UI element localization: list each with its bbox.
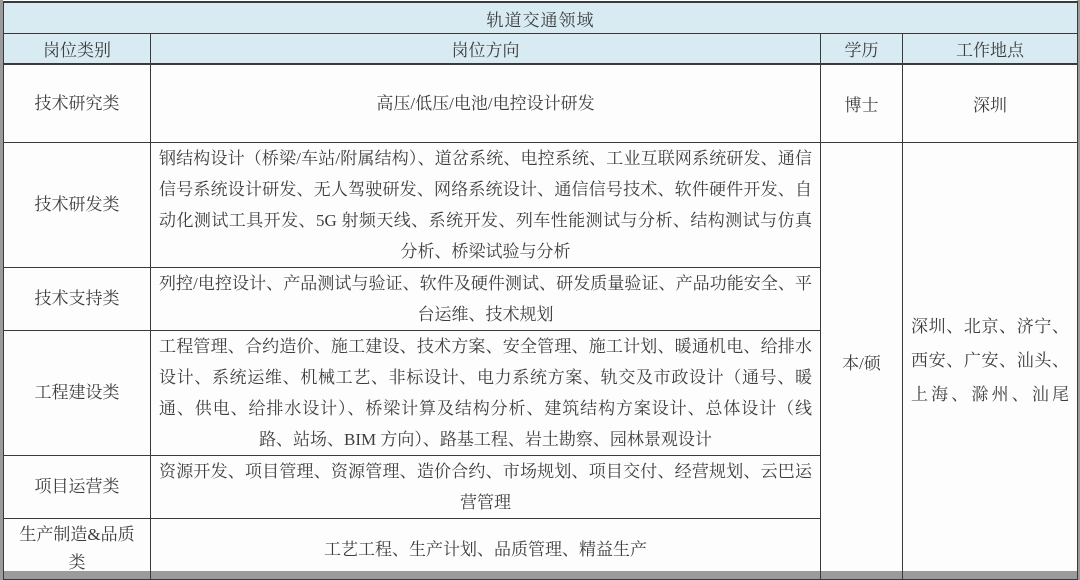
table-row-tech-rd: 技术研发类 钢结构设计（桥梁/车站/附属结构）、道岔系统、电控系统、工业互联网系…	[4, 143, 1078, 268]
location-cell-merged: 深圳、北京、济宁、西安、广安、汕头、上海、滁州、汕尾	[903, 143, 1078, 572]
column-header-row: 岗位类别 岗位方向 学历 工作地点	[4, 34, 1078, 65]
category-cell: 生产制造&品质类	[4, 519, 151, 572]
location-cell: 深圳	[903, 64, 1078, 143]
direction-cell: 工程管理、合约造价、施工建设、技术方案、安全管理、施工计划、暖通机电、给排水设计…	[151, 331, 821, 456]
category-cell: 工程建设类	[4, 331, 151, 456]
page-background: 轨道交通领域 岗位类别 岗位方向 学历 工作地点 技术研究类 高压/低压/电池/…	[3, 0, 1077, 571]
direction-cell: 工艺工程、生产计划、品质管理、精益生产	[151, 519, 821, 572]
column-header-direction: 岗位方向	[151, 34, 821, 65]
category-cell: 项目运营类	[4, 456, 151, 519]
column-header-category: 岗位类别	[4, 34, 151, 65]
direction-cell: 列控/电控设计、产品测试与验证、软件及硬件测试、研发质量验证、产品功能安全、平台…	[151, 268, 821, 331]
category-cell: 技术支持类	[4, 268, 151, 331]
table-row-tech-research: 技术研究类 高压/低压/电池/电控设计研发 博士 深圳	[4, 64, 1078, 143]
table-title-row: 轨道交通领域	[4, 2, 1078, 34]
degree-cell-merged: 本/硕	[821, 143, 903, 572]
column-header-degree: 学历	[821, 34, 903, 65]
category-cell: 技术研发类	[4, 143, 151, 268]
direction-cell: 钢结构设计（桥梁/车站/附属结构）、道岔系统、电控系统、工业互联网系统研发、通信…	[151, 143, 821, 268]
direction-cell: 高压/低压/电池/电控设计研发	[151, 64, 821, 143]
column-header-location: 工作地点	[903, 34, 1078, 65]
category-cell: 技术研究类	[4, 64, 151, 143]
table-title: 轨道交通领域	[4, 2, 1078, 34]
job-positions-table: 轨道交通领域 岗位类别 岗位方向 学历 工作地点 技术研究类 高压/低压/电池/…	[3, 1, 1078, 571]
degree-cell: 博士	[821, 64, 903, 143]
direction-cell: 资源开发、项目管理、资源管理、造价合约、市场规划、项目交付、经营规划、云巴运营管…	[151, 456, 821, 519]
